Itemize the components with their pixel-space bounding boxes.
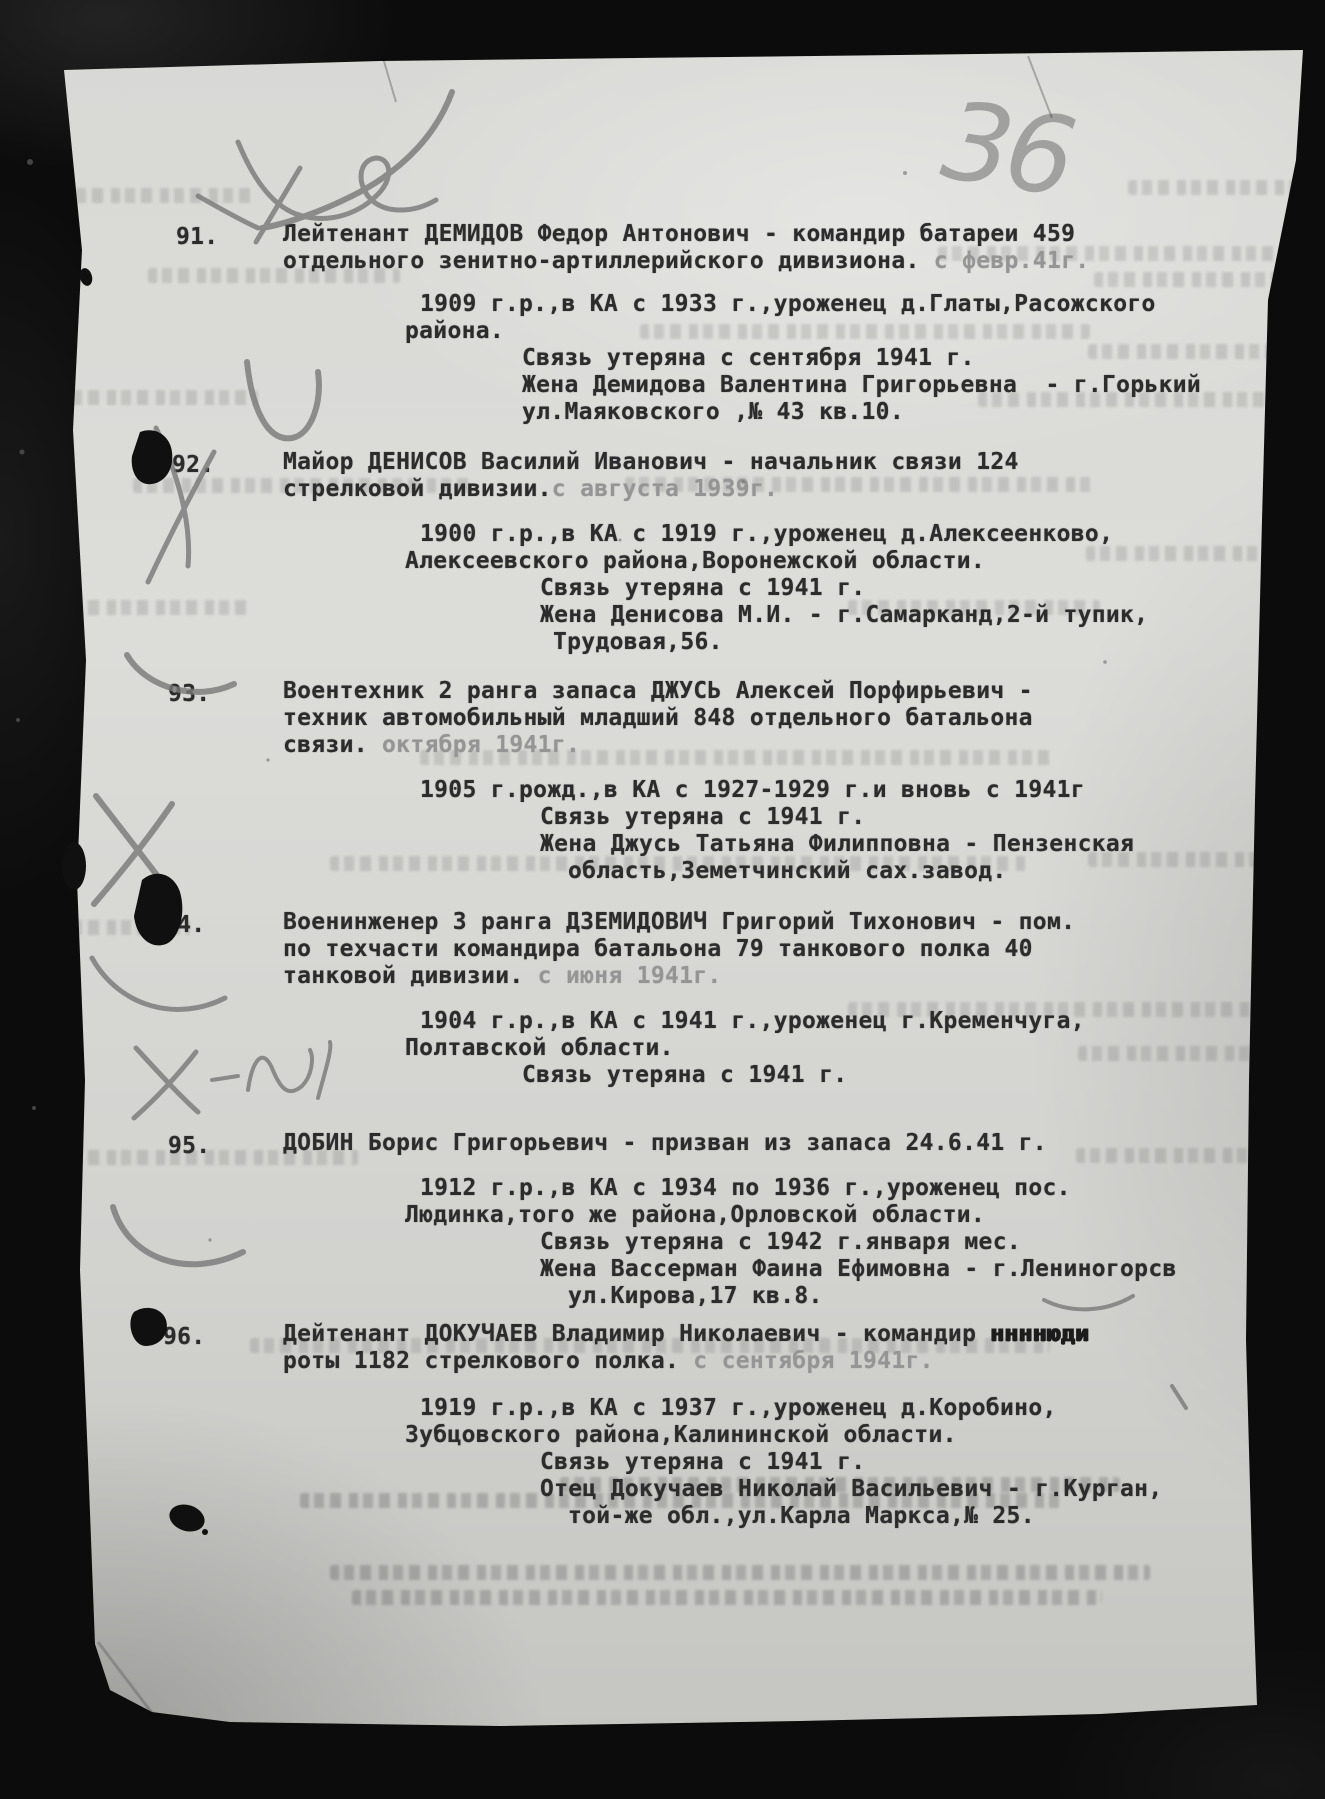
line-text: Майор ДЕНИСОВ Василий Иванович - начальн… — [283, 449, 1019, 475]
line-text: стрелковой дивизии. — [283, 476, 552, 502]
typed-line: Связь утеряна с 1941 г. — [540, 575, 865, 601]
line-text: 1904 г.р.,в КА с 1941 г.,уроженец г.Крем… — [420, 1008, 1085, 1034]
document-page: 91. Лейтенант ДЕМИДОВ Федор Антонович - … — [0, 0, 1325, 1799]
line-text-faded: октября 1941г. — [368, 732, 580, 758]
entry-number: 94. — [163, 912, 205, 938]
line-text: Дейтенант ДОКУЧАЕВ Владимир Николаевич -… — [283, 1321, 990, 1347]
line-text: Полтавской области. — [405, 1035, 674, 1061]
line-text: танковой дивизии. — [283, 963, 524, 989]
typed-line: Зубцовского района,Калининской области. — [405, 1422, 957, 1448]
typed-line: Трудовая,56. — [553, 629, 723, 655]
typed-line: танковой дивизии. с июня 1941г. — [283, 963, 722, 989]
entry-number: 92. — [172, 452, 214, 478]
line-text: Людинка,того же района,Орловской области… — [405, 1202, 985, 1228]
typed-line: Полтавской области. — [405, 1035, 674, 1061]
bleedthrough-line — [352, 1590, 1102, 1605]
line-text: Связь утеряна с 1941 г. — [522, 1062, 847, 1088]
typed-line: ДОБИН Борис Григорьевич - призван из зап… — [283, 1130, 1047, 1156]
speck — [32, 1106, 36, 1110]
typed-line: Отец Докучаев Николай Васильевич - г.Кур… — [540, 1476, 1162, 1502]
bleedthrough-line — [1088, 344, 1320, 359]
overstruck-word: ннннюди — [990, 1321, 1089, 1347]
typed-line: область,Земетчинский сах.завод. — [568, 858, 1007, 884]
line-text: Связь утеряна с 1942 г.января мес. — [540, 1229, 1021, 1255]
typed-line: Жена Джусь Татьяна Филипповна - Пензенск… — [540, 831, 1134, 857]
bleedthrough-line — [330, 1565, 1150, 1580]
entry-number: 93. — [168, 681, 210, 707]
line-text: Связь утеряна с сентября 1941 г. — [522, 345, 975, 371]
speck — [27, 159, 33, 165]
line-text: роты 1182 стрелкового полка. — [283, 1348, 679, 1374]
speck — [16, 718, 20, 722]
typed-line: района. — [405, 318, 504, 344]
line-text: ДОБИН Борис Григорьевич - призван из зап… — [283, 1130, 1047, 1156]
line-text: той-же обл.,ул.Карла Маркса,№ 25. — [568, 1503, 1035, 1529]
line-text: ул.Маяковского ,№ 43 кв.10. — [522, 399, 904, 425]
line-text: 1900 г.р.,в КА с 1919 г.,уроженец д.Алек… — [420, 521, 1113, 547]
bleedthrough-line — [1086, 546, 1322, 561]
entry-number: 91. — [176, 224, 218, 250]
typed-line: Людинка,того же района,Орловской области… — [405, 1202, 985, 1228]
speck — [20, 450, 25, 455]
typed-line: 1900 г.р.,в КА с 1919 г.,уроженец д.Алек… — [420, 521, 1113, 547]
line-text-faded: с июня 1941г. — [524, 963, 722, 989]
typed-line: связи. октября 1941г. — [283, 732, 580, 758]
typed-line: Военинженер 3 ранга ДЗЕМИДОВИЧ Григорий … — [283, 909, 1075, 935]
line-text-faded: с августа 1939г. — [552, 476, 778, 502]
line-text: отдельного зенитно-артиллерийского дивиз… — [283, 248, 920, 274]
bleedthrough-line — [58, 390, 258, 405]
line-text: Связь утеряна с 1941 г. — [540, 1449, 865, 1475]
bleedthrough-line — [1094, 272, 1320, 287]
line-text-faded: с февр.41г. — [920, 248, 1090, 274]
typed-line: по техчасти командира батальона 79 танко… — [283, 936, 1033, 962]
typed-line: роты 1182 стрелкового полка. с сентября … — [283, 1348, 934, 1374]
typed-line: отдельного зенитно-артиллерийского дивиз… — [283, 248, 1089, 274]
line-text: 1909 г.р.,в КА с 1933 г.,уроженец д.Глат… — [420, 291, 1156, 317]
line-text: района. — [405, 318, 504, 344]
line-text: Жена Джусь Татьяна Филипповна - Пензенск… — [540, 831, 1134, 857]
line-text: Жена Демидова Валентина Григорьевна - г.… — [522, 372, 1201, 398]
scan-background: 91. Лейтенант ДЕМИДОВ Федор Антонович - … — [0, 0, 1325, 1799]
typed-line: стрелковой дивизии.с августа 1939г. — [283, 476, 778, 502]
line-text: ул.Кирова,17 кв.8. — [568, 1283, 823, 1309]
typed-line: Воентехник 2 ранга запаса ДЖУСЬ Алексей … — [283, 678, 1033, 704]
typed-line: Связь утеряна с 1941 г. — [540, 804, 865, 830]
bleedthrough-line — [640, 324, 1090, 339]
line-text: Воентехник 2 ранга запаса ДЖУСЬ Алексей … — [283, 678, 1033, 704]
typed-line: 1905 г.рожд.,в КА с 1927-1929 г.и вновь … — [420, 777, 1085, 803]
typed-line: 1909 г.р.,в КА с 1933 г.,уроженец д.Глат… — [420, 291, 1156, 317]
bleedthrough-line — [58, 600, 248, 615]
line-text: Связь утеряна с 1941 г. — [540, 804, 865, 830]
typed-line: ул.Кирова,17 кв.8. — [568, 1283, 823, 1309]
line-text: область,Земетчинский сах.завод. — [568, 858, 1007, 884]
typed-line: Связь утеряна с сентября 1941 г. — [522, 345, 975, 371]
typed-line: Связь утеряна с 1941 г. — [522, 1062, 847, 1088]
typed-line: Жена Денисова М.И. - г.Самарканд,2-й туп… — [540, 602, 1148, 628]
typed-line: Дейтенант ДОКУЧАЕВ Владимир Николаевич -… — [283, 1321, 1089, 1347]
typed-line: Жена Демидова Валентина Григорьевна - г.… — [522, 372, 1201, 398]
typed-line: Связь утеряна с 1941 г. — [540, 1449, 865, 1475]
typed-line: Майор ДЕНИСОВ Василий Иванович - начальн… — [283, 449, 1019, 475]
line-text: Жена Денисова М.И. - г.Самарканд,2-й туп… — [540, 602, 1148, 628]
typed-line: Алексеевского района,Воронежской области… — [405, 548, 985, 574]
line-text: Связь утеряна с 1941 г. — [540, 575, 865, 601]
bleedthrough-line — [1076, 1148, 1320, 1163]
line-text: Зубцовского района,Калининской области. — [405, 1422, 957, 1448]
typed-line: той-же обл.,ул.Карла Маркса,№ 25. — [568, 1503, 1035, 1529]
line-text: 1912 г.р.,в КА с 1934 по 1936 г.,урожене… — [420, 1175, 1071, 1201]
typed-line: 1919 г.р.,в КА с 1937 г.,уроженец д.Коро… — [420, 1395, 1057, 1421]
typed-line: техник автомобильный младший 848 отдельн… — [283, 705, 1033, 731]
typed-line: Жена Вассерман Фаина Ефимовна - г.Ленино… — [540, 1256, 1177, 1282]
line-text: Алексеевского района,Воронежской области… — [405, 548, 985, 574]
line-text: 1905 г.рожд.,в КА с 1927-1929 г.и вновь … — [420, 777, 1085, 803]
border-specks — [16, 159, 36, 1110]
typed-line: ул.Маяковского ,№ 43 кв.10. — [522, 399, 904, 425]
bleedthrough-line — [1128, 180, 1318, 195]
typed-line: 1904 г.р.,в КА с 1941 г.,уроженец г.Крем… — [420, 1008, 1085, 1034]
line-text: Жена Вассерман Фаина Ефимовна - г.Ленино… — [540, 1256, 1177, 1282]
line-text: связи. — [283, 732, 368, 758]
entry-number: 96. — [163, 1324, 205, 1350]
line-text-faded: с сентября 1941г. — [679, 1348, 934, 1374]
typed-line: 1912 г.р.,в КА с 1934 по 1936 г.,урожене… — [420, 1175, 1071, 1201]
entry-number: 95. — [168, 1133, 210, 1159]
line-text: техник автомобильный младший 848 отдельн… — [283, 705, 1033, 731]
line-text: 1919 г.р.,в КА с 1937 г.,уроженец д.Коро… — [420, 1395, 1057, 1421]
typed-line: Лейтенант ДЕМИДОВ Федор Антонович - кома… — [283, 221, 1075, 247]
line-text: Отец Докучаев Николай Васильевич - г.Кур… — [540, 1476, 1162, 1502]
typed-line: Связь утеряна с 1942 г.января мес. — [540, 1229, 1021, 1255]
bleedthrough-line — [1078, 1046, 1320, 1061]
line-text: Лейтенант ДЕМИДОВ Федор Антонович - кома… — [283, 221, 1075, 247]
bleedthrough-line — [62, 188, 252, 203]
line-text: Трудовая,56. — [553, 629, 723, 655]
line-text: по техчасти командира батальона 79 танко… — [283, 936, 1033, 962]
line-text: Военинженер 3 ранга ДЗЕМИДОВИЧ Григорий … — [283, 909, 1075, 935]
